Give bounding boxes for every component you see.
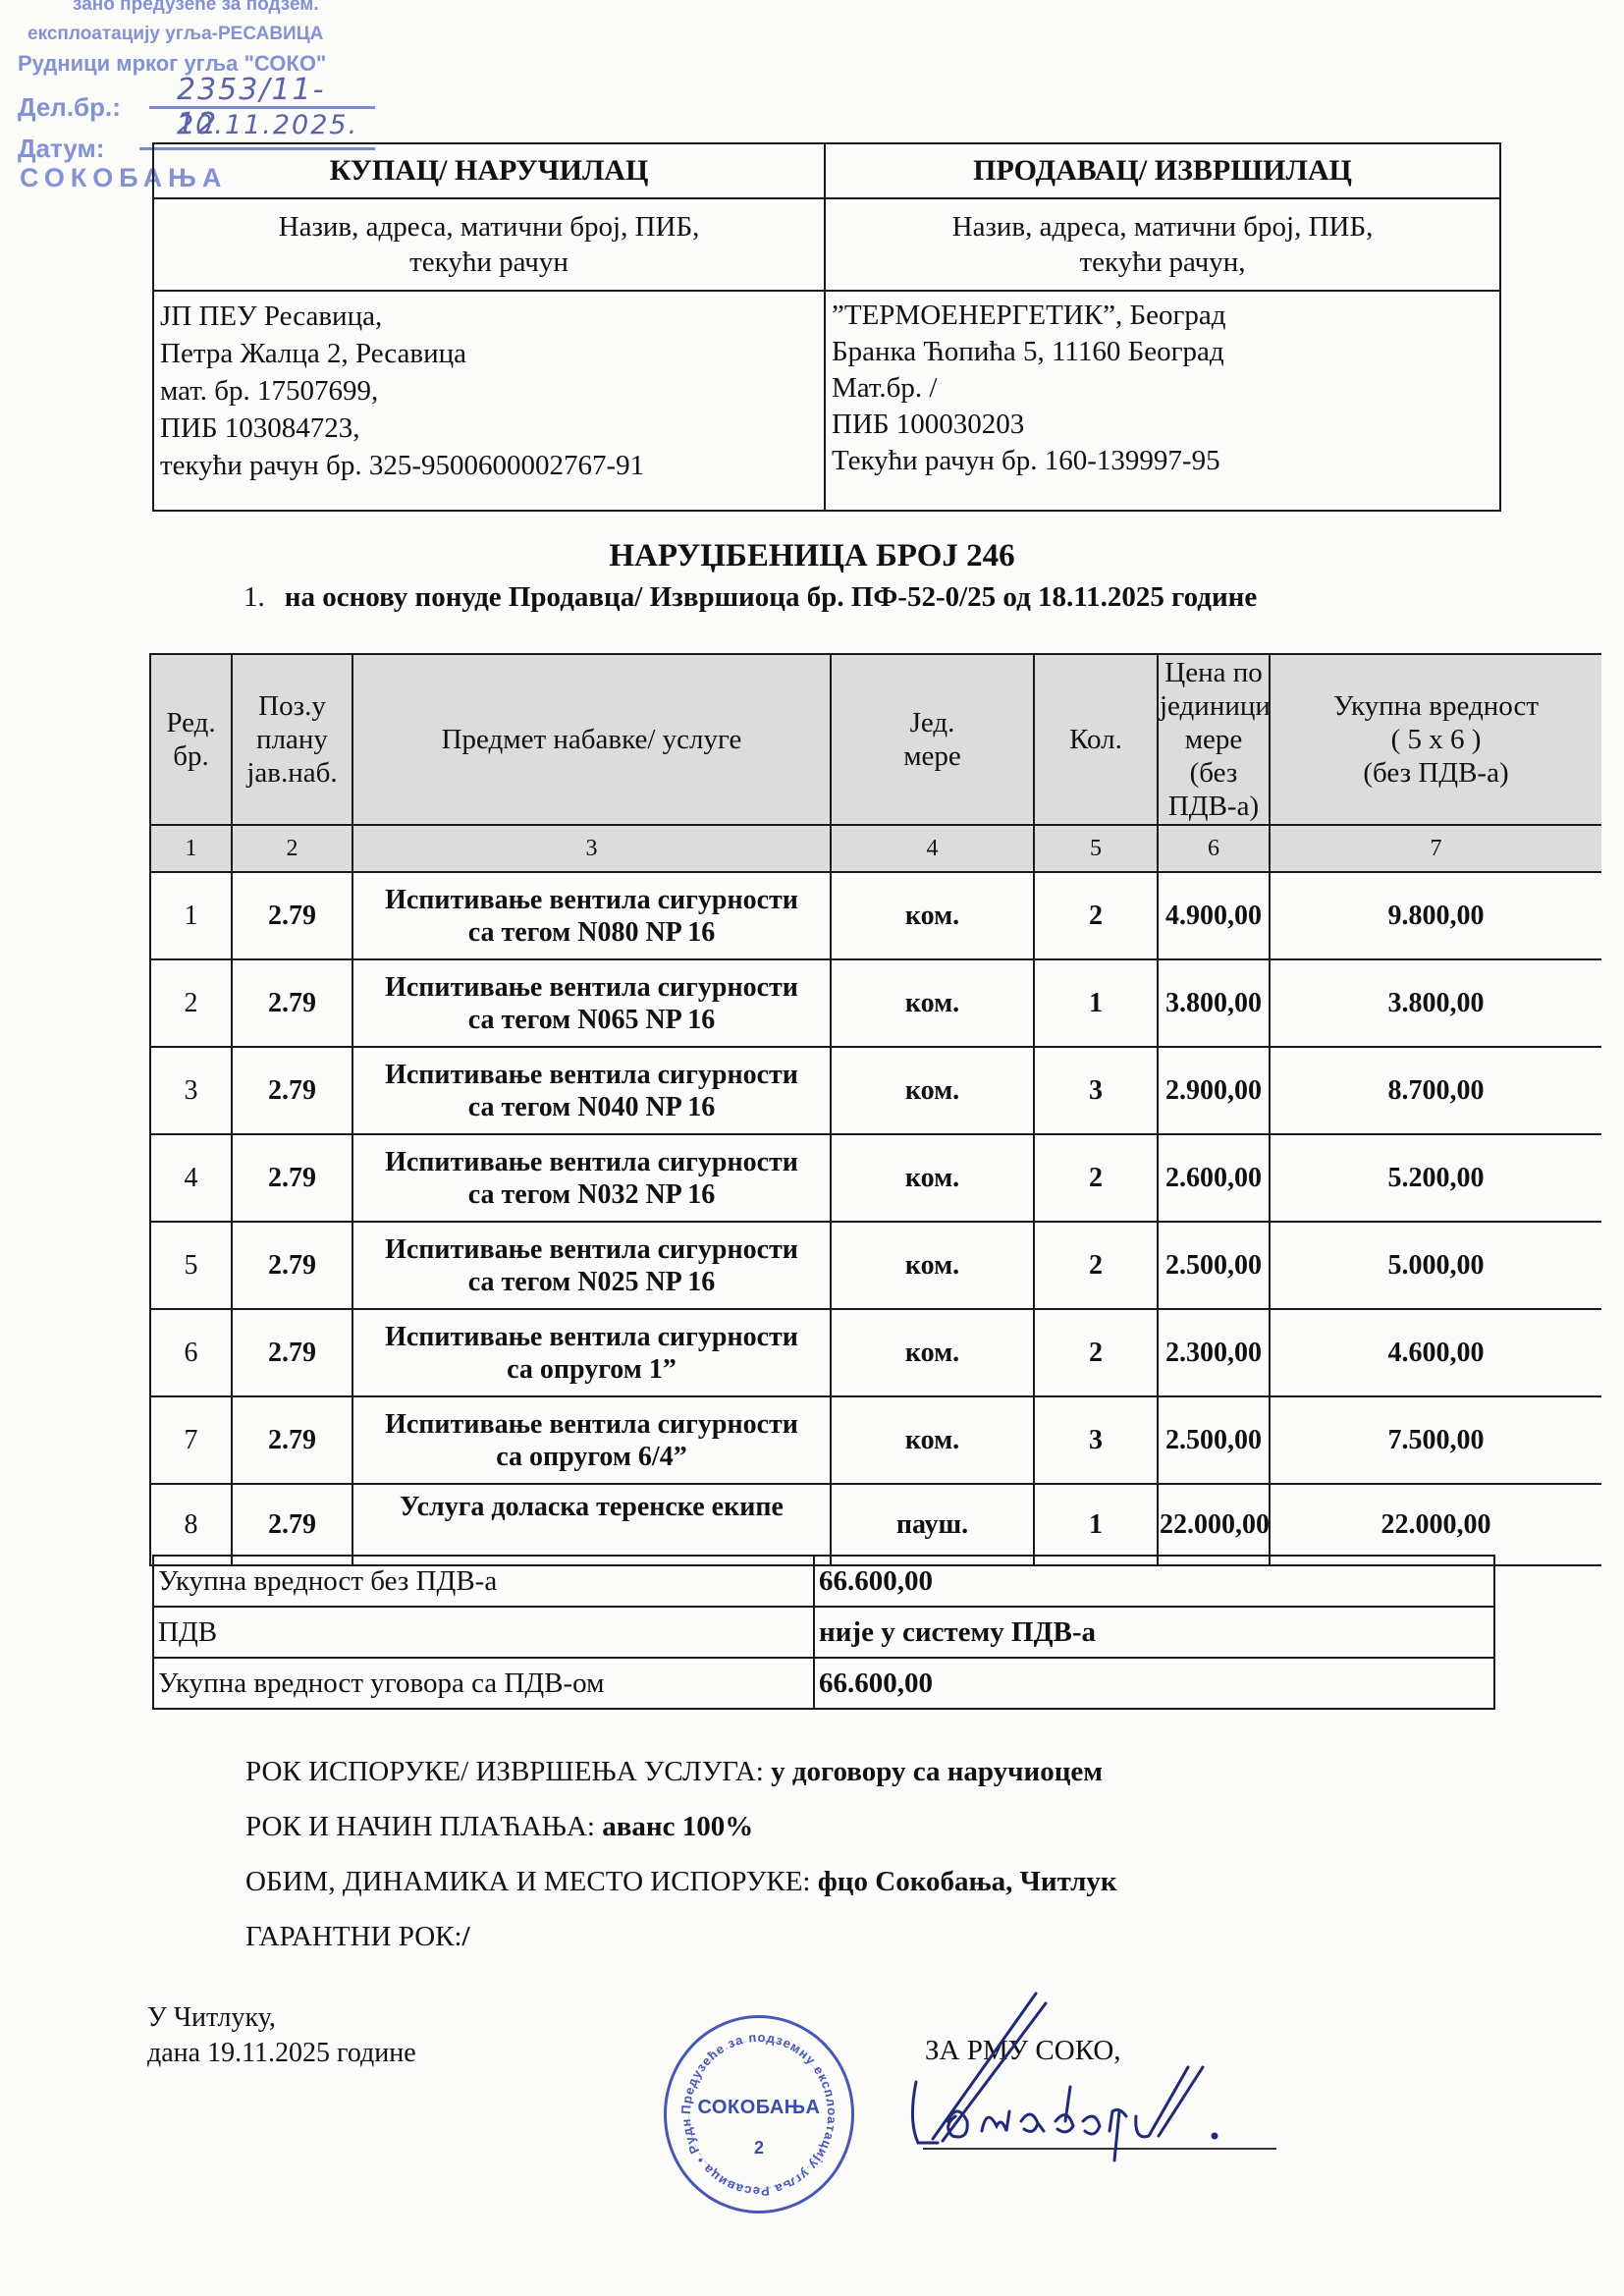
unit: ком. (831, 872, 1034, 959)
column-header: Цена појединици мере(без ПДВ-а) (1158, 654, 1270, 825)
table-row: 12.79Испитивање вентила сигурностиса тег… (150, 872, 1601, 959)
line-total: 9.800,00 (1270, 872, 1601, 959)
column-header: Јед.мере (831, 654, 1034, 825)
quantity: 3 (1034, 1047, 1158, 1134)
place: У Читлуку, (147, 2000, 416, 2036)
column-number: 1 (150, 825, 232, 872)
term-value: аванс 100% (602, 1811, 753, 1842)
buyer-heading: КУПАЦ/ НАРУЧИЛАЦ (153, 143, 825, 198)
unit-price: 4.900,00 (1158, 872, 1270, 959)
quantity: 1 (1034, 1484, 1158, 1565)
term-label: РОК ИСПОРУКЕ/ ИЗВРШЕЊА УСЛУГА: (245, 1756, 771, 1787)
item-description: Испитивање вентила сигурностиса тегом N0… (352, 1134, 831, 1222)
quantity: 1 (1034, 959, 1158, 1047)
term-line: ГАРАНТНИ РОК:/ (245, 1921, 470, 1953)
registry-stamp-line: зано предузеће за подзем. (73, 0, 319, 16)
plan-position: 2.79 (232, 959, 352, 1047)
table-row: 72.79Испитивање вентила сигурностиса опр… (150, 1396, 1601, 1484)
plan-position: 2.79 (232, 1222, 352, 1309)
unit: ком. (831, 1047, 1034, 1134)
line-total: 5.200,00 (1270, 1134, 1601, 1222)
term-label: ОБИМ, ДИНАМИКА И МЕСТО ИСПОРУКЕ: (245, 1866, 818, 1897)
column-number-row: 1234567 (150, 825, 1601, 872)
registry-date-label: Датум: (18, 134, 104, 164)
quantity: 2 (1034, 1222, 1158, 1309)
item-description: Услуга доласка теренске екипе (352, 1484, 831, 1565)
plan-position: 2.79 (232, 1484, 352, 1565)
totals-table: Укупна вредност без ПДВ-а66.600,00ПДВниј… (152, 1555, 1495, 1710)
plan-position: 2.79 (232, 1396, 352, 1484)
line-total: 4.600,00 (1270, 1309, 1601, 1396)
term-label: РОК И НАЧИН ПЛАЋАЊА: (245, 1811, 602, 1842)
totals-value: 66.600,00 (814, 1658, 1494, 1709)
line-total: 22.000,00 (1270, 1484, 1601, 1565)
line-total: 7.500,00 (1270, 1396, 1601, 1484)
table-row: 62.79Испитивање вентила сигурностиса опр… (150, 1309, 1601, 1396)
column-header: Кол. (1034, 654, 1158, 825)
column-header: Ред.бр. (150, 654, 232, 825)
unit: пауш. (831, 1484, 1034, 1565)
unit-price: 2.300,00 (1158, 1309, 1270, 1396)
order-basis: 1.на основу понуде Продавца/ Извршиоца б… (244, 581, 1257, 614)
column-number: 6 (1158, 825, 1270, 872)
term-value: у договору са наручиоцем (771, 1756, 1103, 1787)
buyer-details: ЈП ПЕУ Ресавица, Петра Жалца 2, Ресавица… (153, 291, 825, 511)
column-header: Поз.упланујав.наб. (232, 654, 352, 825)
items-table: Ред.бр.Поз.упланујав.наб.Предмет набавке… (149, 653, 1601, 1566)
totals-label: Укупна вредност уговора са ПДВ-ом (153, 1658, 814, 1709)
parties-table: КУПАЦ/ НАРУЧИЛАЦ ПРОДАВАЦ/ ИЗВРШИЛАЦ Наз… (152, 142, 1501, 512)
table-header-row: Ред.бр.Поз.упланујав.наб.Предмет набавке… (150, 654, 1601, 825)
unit: ком. (831, 959, 1034, 1047)
table-row: 42.79Испитивање вентила сигурностиса тег… (150, 1134, 1601, 1222)
row-number: 2 (150, 959, 232, 1047)
row-number: 6 (150, 1309, 232, 1396)
column-number: 3 (352, 825, 831, 872)
row-number: 7 (150, 1396, 232, 1484)
column-header: Укупна вредност( 5 x 6 )(без ПДВ-а) (1270, 654, 1601, 825)
unit: ком. (831, 1222, 1034, 1309)
item-description: Испитивање вентила сигурностиса тегом N0… (352, 872, 831, 959)
row-number: 3 (150, 1047, 232, 1134)
totals-row: Укупна вредност без ПДВ-а66.600,00 (153, 1556, 1494, 1607)
unit-price: 2.900,00 (1158, 1047, 1270, 1134)
totals-label: Укупна вредност без ПДВ-а (153, 1556, 814, 1607)
totals-row: Укупна вредност уговора са ПДВ-ом66.600,… (153, 1658, 1494, 1709)
quantity: 2 (1034, 1309, 1158, 1396)
totals-value: 66.600,00 (814, 1556, 1494, 1607)
row-number: 8 (150, 1484, 232, 1565)
order-title: НАРУЏБЕНИЦА БРОЈ 246 (0, 538, 1624, 574)
unit-price: 2.500,00 (1158, 1222, 1270, 1309)
plan-position: 2.79 (232, 1134, 352, 1222)
registry-number-label: Дел.бр.: (18, 92, 121, 123)
totals-value: није у систему ПДВ-а (814, 1607, 1494, 1658)
table-row: 82.79Услуга доласка теренске екипепауш.1… (150, 1484, 1601, 1565)
official-round-stamp: Предузеће за подземну експлоатацију угља… (664, 2015, 854, 2214)
column-number: 7 (1270, 825, 1601, 872)
unit-price: 22.000,00 (1158, 1484, 1270, 1565)
plan-position: 2.79 (232, 1047, 352, 1134)
quantity: 3 (1034, 1396, 1158, 1484)
quantity: 2 (1034, 1134, 1158, 1222)
stamp-number: 2 (667, 2138, 851, 2159)
item-description: Испитивање вентила сигурностиса опругом … (352, 1309, 831, 1396)
registry-stamp-line: експлоатацију угља-РЕСАВИЦА (27, 24, 323, 45)
row-number: 1 (150, 872, 232, 959)
quantity: 2 (1034, 872, 1158, 959)
column-header: Предмет набавке/ услуге (352, 654, 831, 825)
unit-price: 2.600,00 (1158, 1134, 1270, 1222)
item-description: Испитивање вентила сигурностиса тегом N0… (352, 1047, 831, 1134)
totals-row: ПДВније у систему ПДВ-а (153, 1607, 1494, 1658)
stamp-city: СОКОБАЊА (667, 2097, 851, 2119)
term-line: ОБИМ, ДИНАМИКА И МЕСТО ИСПОРУКЕ: фцо Сок… (245, 1866, 1117, 1898)
line-total: 5.000,00 (1270, 1222, 1601, 1309)
term-label: ГАРАНТНИ РОК: (245, 1921, 462, 1952)
row-number: 4 (150, 1134, 232, 1222)
registry-date-value: 20.11.2025. (177, 110, 358, 140)
seller-heading: ПРОДАВАЦ/ ИЗВРШИЛАЦ (825, 143, 1500, 198)
column-number: 4 (831, 825, 1034, 872)
place-date: У Читлуку, дана 19.11.2025 године (147, 2000, 416, 2071)
plan-position: 2.79 (232, 1309, 352, 1396)
column-number: 5 (1034, 825, 1158, 872)
date: дана 19.11.2025 године (147, 2036, 416, 2071)
plan-position: 2.79 (232, 872, 352, 959)
table-row: 32.79Испитивање вентила сигурностиса тег… (150, 1047, 1601, 1134)
seller-subheading: Назив, адреса, матични број, ПИБ,текући … (825, 198, 1500, 291)
unit: ком. (831, 1309, 1034, 1396)
signature-icon (908, 1974, 1281, 2170)
item-description: Испитивање вентила сигурностиса опругом … (352, 1396, 831, 1484)
item-description: Испитивање вентила сигурностиса тегом N0… (352, 1222, 831, 1309)
line-total: 8.700,00 (1270, 1047, 1601, 1134)
table-row: 52.79Испитивање вентила сигурностиса тег… (150, 1222, 1601, 1309)
unit: ком. (831, 1134, 1034, 1222)
term-line: РОК ИСПОРУКЕ/ ИЗВРШЕЊА УСЛУГА: у договор… (245, 1756, 1103, 1788)
seller-details: ”ТЕРМОЕНЕРГЕТИК”, Београд Бранка Ћопића … (825, 291, 1500, 511)
unit-price: 3.800,00 (1158, 959, 1270, 1047)
column-number: 2 (232, 825, 352, 872)
term-value: фцо Сокобања, Читлук (818, 1866, 1117, 1897)
unit-price: 2.500,00 (1158, 1396, 1270, 1484)
row-number: 5 (150, 1222, 232, 1309)
table-row: 22.79Испитивање вентила сигурностиса тег… (150, 959, 1601, 1047)
buyer-subheading: Назив, адреса, матични број, ПИБ,текући … (153, 198, 825, 291)
unit: ком. (831, 1396, 1034, 1484)
totals-label: ПДВ (153, 1607, 814, 1658)
term-line: РОК И НАЧИН ПЛАЋАЊА: аванс 100% (245, 1811, 753, 1843)
item-description: Испитивање вентила сигурностиса тегом N0… (352, 959, 831, 1047)
line-total: 3.800,00 (1270, 959, 1601, 1047)
term-value: / (462, 1921, 470, 1952)
